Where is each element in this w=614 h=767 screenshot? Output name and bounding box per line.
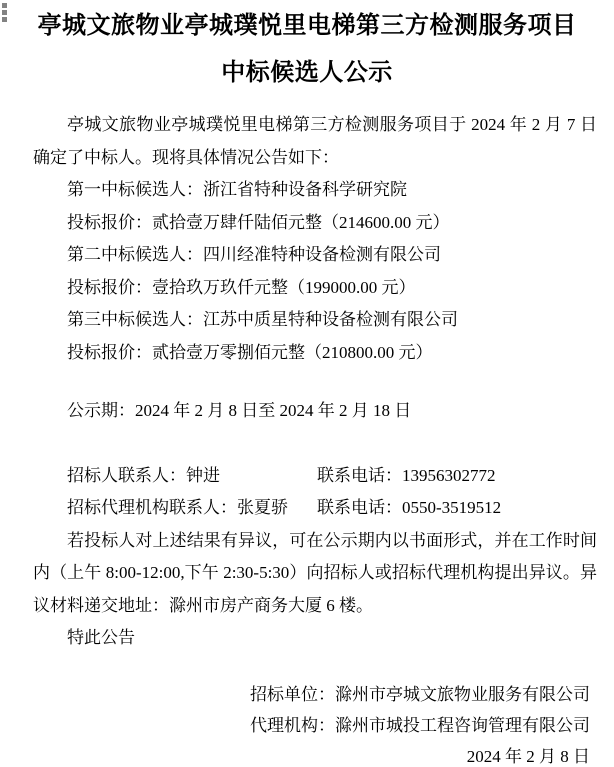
candidate-3-price-line: 投标报价：贰拾壹万零捌佰元整（210800.00 元） xyxy=(33,337,597,370)
dot-icon xyxy=(2,3,7,8)
dot-icon xyxy=(2,10,7,15)
announcement-date-line: 2024 年 2 月 8 日 xyxy=(33,741,590,767)
corner-dots-icon xyxy=(2,3,7,24)
agency-contact-person: 招标代理机构联系人：张夏骄 xyxy=(67,498,288,517)
page-title-line1: 亭城文旅物业亭城璞悦里电梯第三方检测服务项目 xyxy=(0,12,614,40)
tenderer-contact-row: 招标人联系人：钟进 联系电话：13956302772 xyxy=(33,460,597,493)
candidate-3-name-line: 第三中标候选人：江苏中质星特种设备检测有限公司 xyxy=(33,304,597,337)
announcement-body: 亭城文旅物业亭城璞悦里电梯第三方检测服务项目于 2024 年 2 月 7 日确定… xyxy=(33,109,597,767)
page-title-line2: 中标候选人公示 xyxy=(0,59,614,87)
candidate-1-name-line: 第一中标候选人：浙江省特种设备科学研究院 xyxy=(33,174,597,207)
agency-contact-row: 招标代理机构联系人：张夏骄 联系电话：0550-3519512 xyxy=(33,492,597,525)
agency-contact-phone: 联系电话：0550-3519512 xyxy=(317,492,501,525)
agency-unit-line: 代理机构：滁州市城投工程咨询管理有限公司 xyxy=(33,710,590,741)
tenderer-contact-phone: 联系电话：13956302772 xyxy=(317,460,496,493)
intro-paragraph: 亭城文旅物业亭城璞悦里电梯第三方检测服务项目于 2024 年 2 月 7 日确定… xyxy=(33,109,597,174)
signature-block: 招标单位：滁州市亭城文旅物业服务有限公司 代理机构：滁州市城投工程咨询管理有限公… xyxy=(33,679,590,767)
objection-paragraph: 若投标人对上述结果有异议，可在公示期内以书面形式，并在工作时间内（上午 8:00… xyxy=(33,525,597,623)
tenderer-contact-person: 招标人联系人：钟进 xyxy=(67,466,220,485)
candidate-1-price-line: 投标报价：贰拾壹万肆仟陆佰元整（214600.00 元） xyxy=(33,207,597,240)
publicity-period-line: 公示期：2024 年 2 月 8 日至 2024 年 2 月 18 日 xyxy=(33,395,597,428)
dot-icon xyxy=(2,17,7,22)
tenderer-unit-line: 招标单位：滁州市亭城文旅物业服务有限公司 xyxy=(33,679,590,710)
closing-line: 特此公告 xyxy=(33,622,597,655)
candidate-2-price-line: 投标报价：壹拾玖万玖仟元整（199000.00 元） xyxy=(33,272,597,305)
announcement-page: 亭城文旅物业亭城璞悦里电梯第三方检测服务项目 中标候选人公示 亭城文旅物业亭城璞… xyxy=(0,0,614,767)
candidate-2-name-line: 第二中标候选人：四川经准特种设备检测有限公司 xyxy=(33,239,597,272)
